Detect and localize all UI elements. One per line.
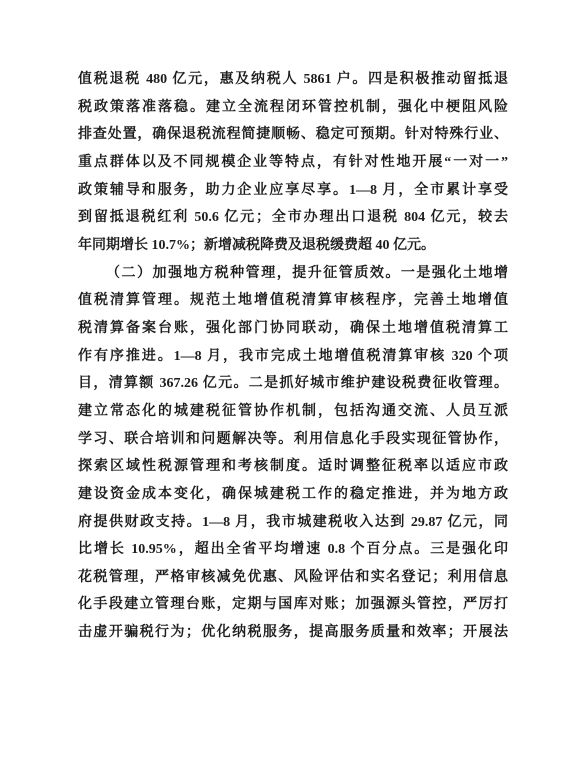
document-line: 化手段建立管理台账，定期与国库对账；加强源头管控，严厉打 — [78, 591, 508, 619]
document-line: 探索区域性税源管理和考核制度。适时调整征税率以适应市政 — [78, 453, 508, 481]
document-line: 政策辅导和服务，助力企业应享尽享。1—8 月，全市累计享受 — [78, 177, 508, 205]
document-line: 作有序推进。1—8 月，我市完成土地增值税清算审核 320 个项 — [78, 343, 508, 371]
document-line: 目，清算额 367.26 亿元。二是抓好城市维护建设税费征收管理。 — [78, 370, 508, 398]
document-line: 击虚开骗税行为；优化纳税服务，提高服务质量和效率；开展法 — [78, 619, 508, 647]
document-line: 值税清算管理。规范土地增值税清算审核程序，完善土地增值 — [78, 287, 508, 315]
document-line: 到留抵退税红利 50.6 亿元；全市办理出口退税 804 亿元，较去 — [78, 204, 508, 232]
document-line: 花税管理，严格审核减免优惠、风险评估和实名登记；利用信息 — [78, 564, 508, 592]
document-line: 税政策落准落稳。建立全流程闭环管控机制，强化中梗阻风险 — [78, 94, 508, 122]
document-line: 建设资金成本变化，确保城建税工作的稳定推进，并为地方政 — [78, 481, 508, 509]
document-line: 排查处置，确保退税流程简捷顺畅、稳定可预期。针对特殊行业、 — [78, 121, 508, 149]
document-line: （二）加强地方税种管理，提升征管质效。一是强化土地增 — [78, 260, 508, 288]
document-line: 税清算备案台账，强化部门协同联动，确保土地增值税清算工 — [78, 315, 508, 343]
document-line: 府提供财政支持。1—8 月，我市城建税收入达到 29.87 亿元，同 — [78, 509, 508, 537]
document-line: 值税退税 480 亿元，惠及纳税人 5861 户。四是积极推动留抵退 — [78, 66, 508, 94]
document-line: 年同期增长 10.7%；新增减税降费及退税缓费超 40 亿元。 — [78, 232, 508, 260]
document-line: 学习、联合培训和问题解决等。利用信息化手段实现征管协作， — [78, 426, 508, 454]
document-text-block: 值税退税 480 亿元，惠及纳税人 5861 户。四是积极推动留抵退税政策落准落… — [78, 66, 508, 647]
document-line: 重点群体以及不同规模企业等特点，有针对性地开展“一对一” — [78, 149, 508, 177]
document-line: 建立常态化的城建税征管协作机制，包括沟通交流、人员互派 — [78, 398, 508, 426]
document-line: 比增长 10.95%，超出全省平均增速 0.8 个百分点。三是强化印 — [78, 536, 508, 564]
document-page: 值税退税 480 亿元，惠及纳税人 5861 户。四是积极推动留抵退税政策落准落… — [0, 0, 586, 759]
